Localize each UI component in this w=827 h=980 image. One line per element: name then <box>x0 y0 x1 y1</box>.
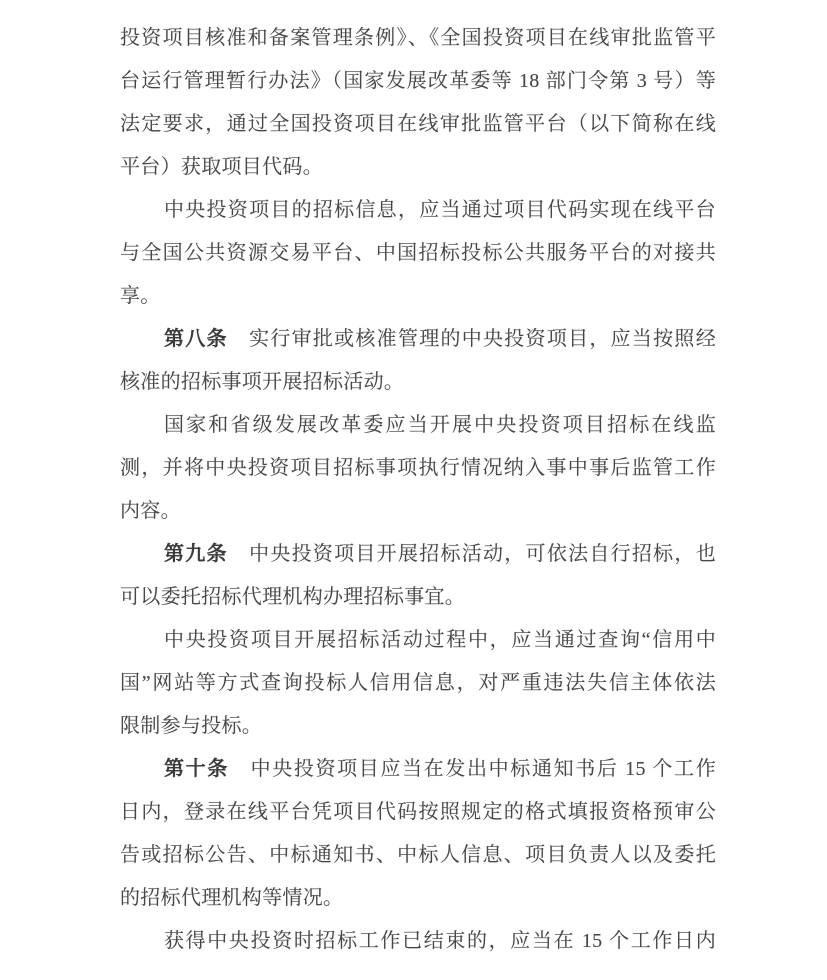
text-line: 核准的招标事项开展招标活动。 <box>120 361 716 404</box>
text-line: 的招标代理机构等情况。 <box>120 877 716 920</box>
text-line: 限制参与投标。 <box>120 705 716 748</box>
article-number-heading: 第八条 <box>164 328 228 350</box>
article-line: 第十条 中央投资项目应当在发出中标通知书后 15 个工作 <box>120 748 716 791</box>
text-line: 国”网站等方式查询投标人信用信息，对严重违法失信主体依法 <box>120 662 716 705</box>
text-line: 与全国公共资源交易平台、中国招标投标公共服务平台的对接共 <box>120 232 716 275</box>
article-number-heading: 第十条 <box>164 758 229 780</box>
document-page: 投资项目核准和备案管理条例》、《全国投资项目在线审批监管平台运行管理暂行办法》（… <box>0 0 827 980</box>
text-line: 中央投资项目开展招标活动过程中，应当通过查询“信用中 <box>120 619 716 662</box>
text-line: 国家和省级发展改革委应当开展中央投资项目招标在线监 <box>120 404 716 447</box>
text-line: 内容。 <box>120 490 716 533</box>
article-line: 第八条 实行审批或核准管理的中央投资项目，应当按照经 <box>120 318 716 361</box>
text-line: 日内，登录在线平台凭项目代码按照规定的格式填报资格预审公 <box>120 791 716 834</box>
article-number-heading: 第九条 <box>164 543 228 565</box>
text-line: 享。 <box>120 275 716 318</box>
text-line: 可以委托招标代理机构办理招标事宜。 <box>120 576 716 619</box>
text-line: 获得中央投资时招标工作已结束的，应当在 15 个工作日内 <box>120 920 716 963</box>
text-line: 告或招标公告、中标通知书、中标人信息、项目负责人以及委托 <box>120 834 716 877</box>
text-line: 平台）获取项目代码。 <box>120 146 716 189</box>
text-line: 中央投资项目的招标信息，应当通过项目代码实现在线平台 <box>120 189 716 232</box>
text-line: 测，并将中央投资项目招标事项执行情况纳入事中事后监管工作 <box>120 447 716 490</box>
article-line: 第九条 中央投资项目开展招标活动，可依法自行招标，也 <box>120 533 716 576</box>
document-body: 投资项目核准和备案管理条例》、《全国投资项目在线审批监管平台运行管理暂行办法》（… <box>120 17 716 963</box>
text-line: 台运行管理暂行办法》（国家发展改革委等 18 部门令第 3 号）等 <box>120 60 716 103</box>
text-line: 投资项目核准和备案管理条例》、《全国投资项目在线审批监管平 <box>120 17 716 60</box>
text-line: 法定要求，通过全国投资项目在线审批监管平台（以下简称在线 <box>120 103 716 146</box>
